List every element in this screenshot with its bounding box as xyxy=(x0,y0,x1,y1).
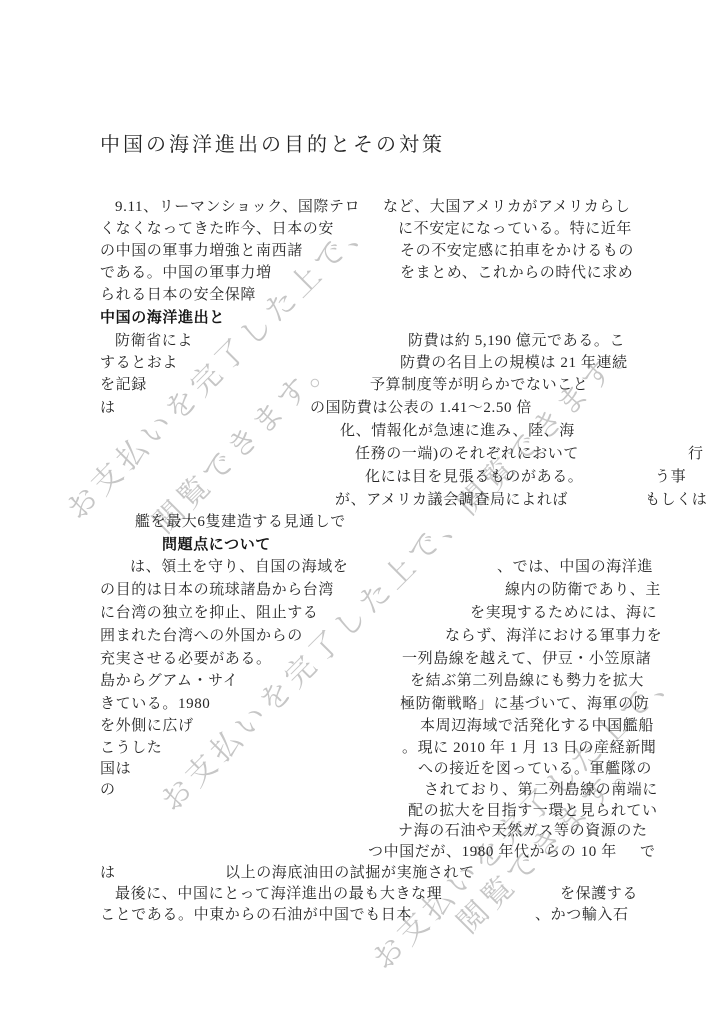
text-line-segment: 化には目を見張るものがある。 xyxy=(365,470,583,485)
text-line-segment: を保護する xyxy=(560,887,638,902)
text-line-segment: を外側に広げ xyxy=(100,719,194,734)
text-line-segment: を記録 xyxy=(100,378,147,393)
text-line-segment: 極防衛戦略」に基づいて、海軍の防 xyxy=(400,697,649,712)
text-line-segment: 一列島線を越えて、伊豆・小笠原諸 xyxy=(402,652,651,667)
document-title: 中国の海洋進出の目的とその対策 xyxy=(100,128,445,157)
text-line-segment: う事 xyxy=(655,470,686,485)
text-line-segment: ことである。中東からの石油が中国でも日本 xyxy=(100,908,412,923)
text-line-segment: が、アメリカ議会調査局によれば xyxy=(335,493,568,508)
text-line-segment: 国は xyxy=(100,762,131,777)
text-line-segment: つ中国だが、1980 年代からの 10 年 xyxy=(368,845,617,860)
text-line-segment: の国防費は公表の 1.41～2.50 倍 xyxy=(310,401,532,416)
text-line-segment: 中国の海洋進出と xyxy=(100,311,225,326)
text-line-segment: 、かつ輸入石 xyxy=(535,908,629,923)
text-line-segment: 、では、中国の海洋進 xyxy=(497,560,653,575)
text-line-segment: を結ぶ第二列島線にも勢力を拡大 xyxy=(410,674,644,689)
text-line-segment: は xyxy=(100,866,116,881)
text-line-segment: 本周辺海域で活発化する中国艦船 xyxy=(420,719,654,734)
text-line-segment: その不安定感に拍車をかけるもの xyxy=(400,244,634,259)
text-line-segment: 。現に 2010 年 1 月 13 日の産経新聞 xyxy=(402,741,656,756)
text-line-segment: 化、情報化が急速に進み、陸、海 xyxy=(340,424,575,439)
text-line-segment: 防費の名目上の規模は 21 年連続 xyxy=(400,356,628,371)
text-line-segment: をまとめ、これからの時代に求め xyxy=(400,266,633,281)
text-line-segment: 囲まれた台湾への外国からの xyxy=(100,629,303,644)
text-line-segment: 予算制度等が明らかでないこと xyxy=(370,378,588,393)
text-line-segment: 以上の海底油田の試掘が実施されて xyxy=(225,866,475,881)
text-line-segment: 防費は約 5,190 億元である。こ xyxy=(408,334,625,349)
text-line-segment: もしくは xyxy=(645,493,707,508)
text-line-segment: の目的は日本の琉球諸島から台湾 xyxy=(100,583,334,598)
text-line-segment: 艦を最大6隻建造する見通しで xyxy=(135,515,346,530)
text-line-segment: で xyxy=(640,845,656,860)
text-line-segment: ならず、海洋における軍事力を xyxy=(445,629,662,644)
text-line-segment: 9.11、リーマンショック、国際テロ xyxy=(115,200,360,215)
text-line-segment: に台湾の独立を抑止、阻止する xyxy=(100,606,318,621)
text-line-segment: こうした xyxy=(100,741,162,756)
text-line-segment: くなくなってきた昨今、日本の安 xyxy=(100,222,334,237)
text-line-segment: 最後に、中国にとって海洋進出の最も大きな理 xyxy=(115,887,442,902)
text-line-segment: 島からグアム・サイ xyxy=(100,674,238,689)
text-line-segment: は、領土を守り、自国の海域を xyxy=(130,560,348,575)
document-page: お支払いを完了した上で、閲覧できます。お支払いを完了した上で、閲覧できます。お支… xyxy=(0,0,724,1024)
text-line-segment: である。中国の軍事力増 xyxy=(100,266,272,281)
text-line-segment: 配の拡大を目指す一環と見られてい xyxy=(408,804,658,819)
text-line-segment: 防衛省によ xyxy=(115,334,193,349)
text-line-segment: するとおよ xyxy=(100,356,178,371)
text-line-segment: の xyxy=(100,783,116,798)
text-line-segment: を実現するためには、海に xyxy=(470,606,657,621)
text-line-segment: 任務の一端)のそれぞれにおいて xyxy=(355,447,579,462)
text-line-segment: など、大国アメリカがアメリカらし xyxy=(383,200,631,215)
text-line-segment: への接近を図っている。軍艦隊の xyxy=(418,762,652,777)
text-line-segment: に不安定になっている。特に近年 xyxy=(398,222,632,237)
text-line-segment: 行 xyxy=(688,447,704,462)
text-line-segment: 線内の防衛であり、主 xyxy=(505,583,661,598)
text-line-segment: の中国の軍事力増強と南西諸 xyxy=(100,244,303,259)
text-line-segment: されており、第二列島線の南端に xyxy=(424,783,658,798)
text-line-segment: 充実させる必要がある。 xyxy=(100,652,272,667)
text-line-segment: ナ海の石油や天然ガス等の資源のた xyxy=(398,824,648,839)
text-line-segment: は xyxy=(100,401,116,416)
text-line-segment: 問題点について xyxy=(162,538,271,553)
text-line-segment: きている。1980 xyxy=(100,697,210,712)
text-line-segment: られる日本の安全保障 xyxy=(100,288,256,303)
